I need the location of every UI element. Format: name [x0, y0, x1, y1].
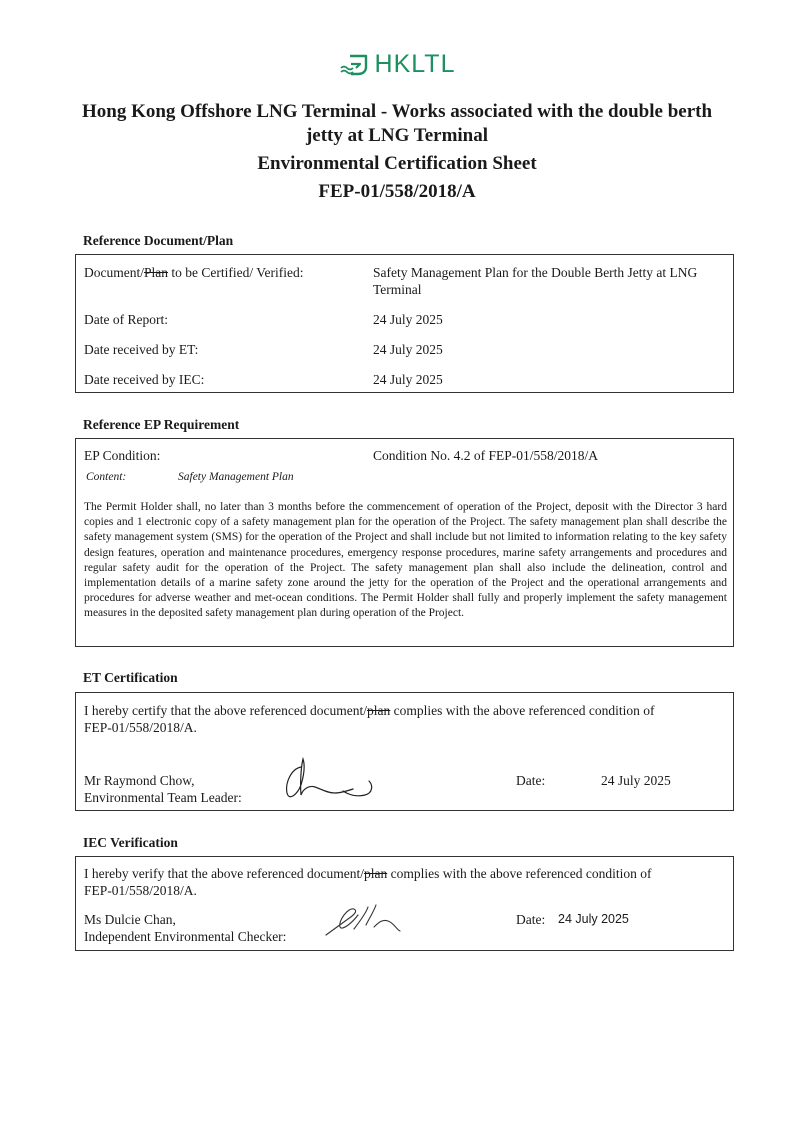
document-title-line-1: Hong Kong Offshore LNG Terminal - Works … [60, 100, 734, 124]
document-subtitle: Environmental Certification Sheet [60, 152, 734, 176]
iec-signer-role: Independent Environmental Checker: [84, 928, 286, 945]
iec-signature-icon [324, 901, 414, 941]
content-row: Content: Safety Management Plan [76, 469, 733, 485]
iec-signer-name: Ms Dulcie Chan, [84, 911, 286, 928]
document-label: Document/Plan to be Certified/ Verified: [84, 264, 373, 298]
document-title-line-2: jetty at LNG Terminal [60, 124, 734, 148]
et-certification-box: I hereby certify that the above referenc… [75, 692, 734, 811]
iec-signer: Ms Dulcie Chan, Independent Environmenta… [84, 911, 286, 945]
iec-statement: I hereby verify that the above reference… [76, 865, 733, 899]
date-received-iec-label: Date received by IEC: [84, 371, 373, 388]
ep-condition-row: EP Condition: Condition No. 4.2 of FEP-0… [76, 447, 733, 465]
reference-document-box: Document/Plan to be Certified/ Verified:… [75, 254, 734, 393]
date-received-et-value: 24 July 2025 [373, 341, 725, 358]
et-date-value: 24 July 2025 [601, 772, 671, 789]
ep-condition-value: Condition No. 4.2 of FEP-01/558/2018/A [373, 447, 725, 465]
date-received-iec-value: 24 July 2025 [373, 371, 725, 388]
ep-condition-label: EP Condition: [84, 447, 373, 465]
et-signer: Mr Raymond Chow, Environmental Team Lead… [84, 772, 242, 806]
et-signature-icon [281, 755, 381, 805]
date-of-report-label: Date of Report: [84, 311, 373, 328]
et-signer-name: Mr Raymond Chow, [84, 772, 242, 789]
iec-date-value: 24 July 2025 [558, 911, 629, 928]
document-header: Hong Kong Offshore LNG Terminal - Works … [60, 100, 734, 204]
section-heading-iec-verification: IEC Verification [83, 835, 178, 851]
hkltl-logo-icon [339, 53, 371, 77]
date-received-et-label: Date received by ET: [84, 341, 373, 358]
ep-requirement-box: EP Condition: Condition No. 4.2 of FEP-0… [75, 438, 734, 647]
ep-condition-text: The Permit Holder shall, no later than 3… [76, 500, 733, 622]
et-date-label: Date: [516, 772, 545, 789]
document-row: Document/Plan to be Certified/ Verified:… [76, 264, 733, 298]
content-value: Safety Management Plan [178, 469, 294, 485]
reference-code: FEP-01/558/2018/A [60, 180, 734, 204]
iec-date-label: Date: [516, 911, 545, 928]
document-value: Safety Management Plan for the Double Be… [373, 264, 725, 298]
date-of-report-value: 24 July 2025 [373, 311, 725, 328]
section-heading-et-certification: ET Certification [83, 670, 178, 686]
section-heading-reference-document: Reference Document/Plan [83, 233, 233, 249]
et-statement: I hereby certify that the above referenc… [76, 702, 733, 736]
date-received-iec-row: Date received by IEC: 24 July 2025 [76, 371, 733, 388]
section-heading-ep-requirement: Reference EP Requirement [83, 417, 239, 433]
company-logo: HKLTL [0, 52, 794, 77]
date-received-et-row: Date received by ET: 24 July 2025 [76, 341, 733, 358]
iec-verification-box: I hereby verify that the above reference… [75, 856, 734, 951]
logo-text: HKLTL [375, 52, 456, 77]
content-label: Content: [84, 469, 178, 485]
date-of-report-row: Date of Report: 24 July 2025 [76, 311, 733, 328]
et-signer-role: Environmental Team Leader: [84, 789, 242, 806]
